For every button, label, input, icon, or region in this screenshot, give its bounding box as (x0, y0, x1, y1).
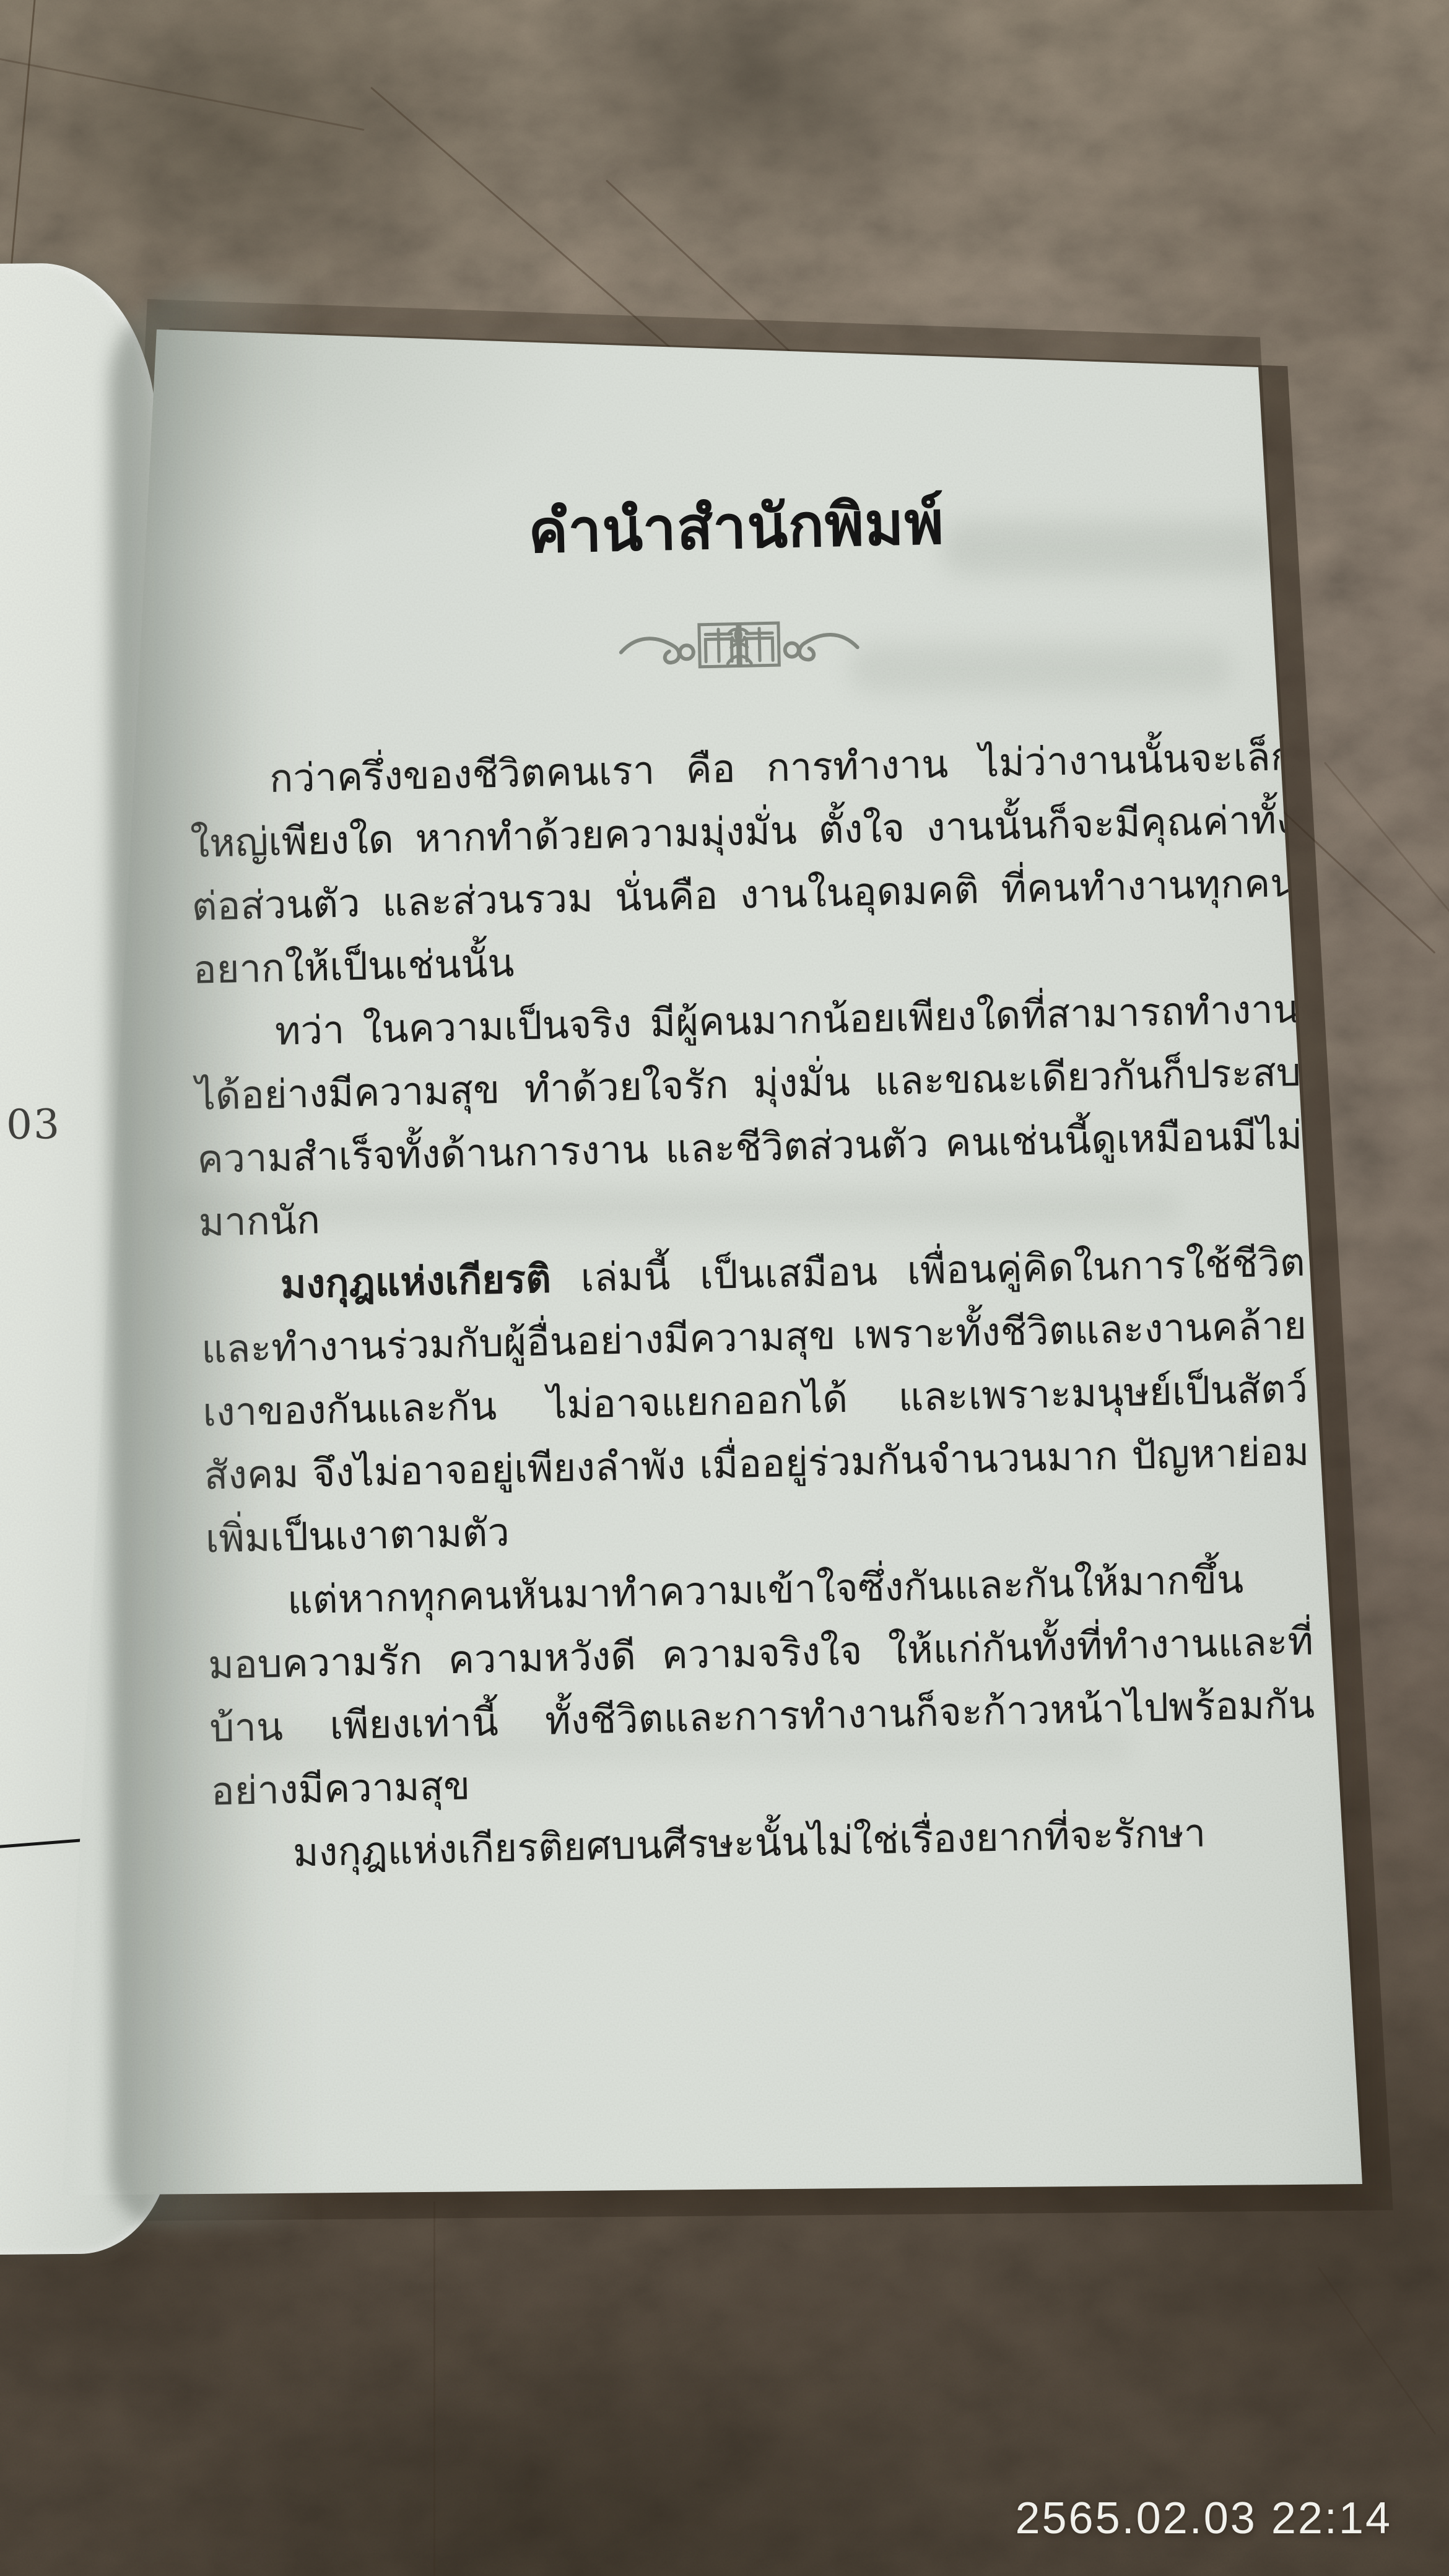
page-title: คำนำสำนักพิมพ์ (183, 468, 1290, 586)
divider-ornament-icon (185, 594, 1292, 696)
spine-gutter-shadow (110, 280, 315, 2227)
paragraph: กว่าครึ่งของชีวิตคนเรา คือ การทำงาน ไม่ว… (188, 725, 1299, 1002)
camera-timestamp: 2565.02.03 22:14 (1015, 2493, 1392, 2544)
page-content: คำนำสำนักพิมพ์ (183, 468, 1318, 1886)
preface-text: กว่าครึ่งของชีวิตคนเรา คือ การทำงาน ไม่ว… (188, 725, 1318, 1887)
paragraph: ทว่า ในความเป็นจริง มีผู้คนมากน้อยเพียงใ… (194, 978, 1304, 1255)
previous-page-number-fragment: 03 (6, 1100, 61, 1149)
paragraph: มงกุฎแห่งเกียรติ เล่มนี้ เป็นเสมือน เพื่… (199, 1230, 1312, 1571)
paragraph: แต่หากทุกคนหันมาทำความเข้าใจซึ่งกันและกั… (206, 1547, 1316, 1824)
